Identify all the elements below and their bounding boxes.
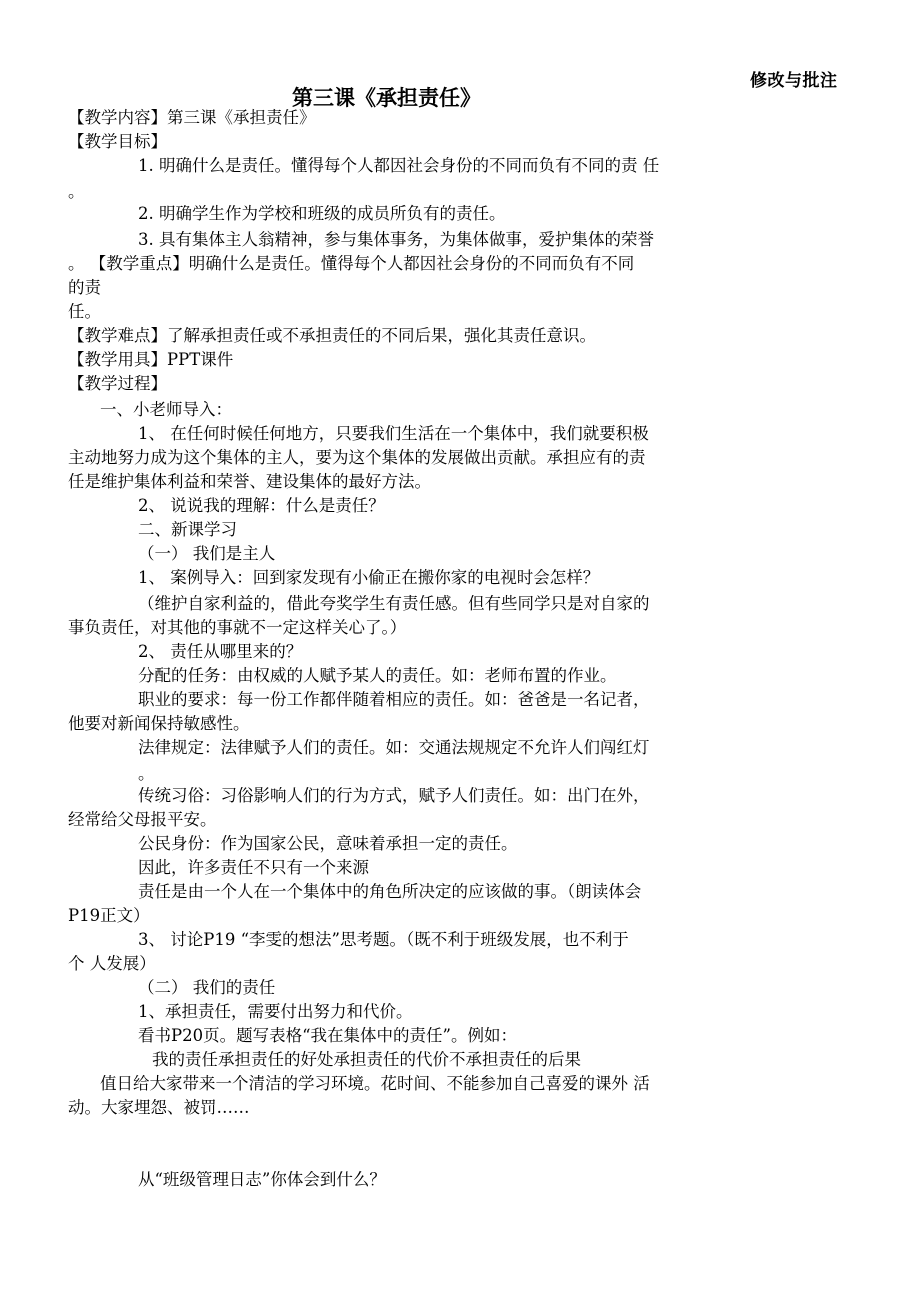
text-line: 经常给父母报平安。 xyxy=(68,808,217,832)
text-line: 任。 xyxy=(68,300,101,324)
text-line: 【教学难点】了解承担责任或不承担责任的不同后果，强化其责任意识。 xyxy=(68,324,596,348)
text-line: 我的责任承担责任的好处承担责任的代价不承担责任的后果 xyxy=(152,1048,581,1072)
text-line: 【教学过程】 xyxy=(68,372,167,396)
text-line: 因此，许多责任不只有一个来源 xyxy=(138,856,369,880)
document-title: 第三课《承担责任》 xyxy=(292,82,481,112)
text-line: 从“班级管理日志”你体会到什么？ xyxy=(138,1168,386,1192)
text-line: 法律规定：法律赋予人们的责任。如：交通法规规定不允许人们闯红灯 xyxy=(138,736,650,760)
text-line: 值日给大家带来一个清洁的学习环境。花时间、不能参加自己喜爱的课外 活 xyxy=(100,1072,650,1096)
text-line: 任是维护集体利益和荣誉、建设集体的最好方法。 xyxy=(68,470,431,494)
text-line: 分配的任务：由权威的人赋予某人的责任。如：老师布置的作业。 xyxy=(138,664,617,688)
text-line: 1. 明确什么是责任。懂得每个人都因社会身份的不同而负有不同的责 任 xyxy=(138,154,659,178)
text-line: 3、 讨论P19 “李雯的想法”思考题。（既不利于班级发展，也不利于 xyxy=(138,928,629,952)
text-line: 1、承担责任，需要付出努力和代价。 xyxy=(138,1000,413,1024)
text-line: 职业的要求：每一份工作都伴随着相应的责任。如：爸爸是一名记者， xyxy=(138,688,650,712)
text-line: 公民身份：作为国家公民，意味着承担一定的责任。 xyxy=(138,832,518,856)
text-line: 一、小老师导入： xyxy=(100,398,232,422)
text-line: 2、 责任从哪里来的？ xyxy=(138,640,302,664)
text-line: 的责 xyxy=(68,276,101,300)
text-line: 事负责任，对其他的事就不一定这样关心了。） xyxy=(68,616,406,640)
text-line: P19正文） xyxy=(68,904,150,928)
text-line: （二） 我们的责任 xyxy=(138,976,275,1000)
margin-note-label: 修改与批注 xyxy=(750,66,838,91)
text-line: 看书P20页。题写表格“我在集体中的责任”。例如： xyxy=(138,1024,517,1048)
text-line: 个 人发展） xyxy=(68,952,156,976)
text-line: 1、 案例导入：回到家发现有小偷正在搬你家的电视时会怎样？ xyxy=(138,566,599,590)
text-line: 【教学内容】第三课《承担责任》 xyxy=(68,106,316,130)
text-line: 1、 在任何时候任何地方，只要我们生活在一个集体中，我们就要积极 xyxy=(138,422,649,446)
text-line: 二、新课学习 xyxy=(138,518,237,542)
text-line: （一） 我们是主人 xyxy=(138,542,275,566)
text-line: 动。大家埋怨、被罚…… xyxy=(68,1096,250,1120)
text-line: 2、 说说我的理解：什么是责任？ xyxy=(138,494,385,518)
text-line: 3. 具有集体主人翁精神，参与集体事务，为集体做事，爱护集体的荣誉 xyxy=(138,228,654,252)
text-line: 。 xyxy=(68,180,85,204)
text-line: 【教学目标】 xyxy=(68,130,167,154)
text-line: 传统习俗：习俗影响人们的行为方式，赋予人们责任。如：出门在外， xyxy=(138,784,650,808)
text-line: （维护自家利益的，借此夸奖学生有责任感。但有些同学只是对自家的 xyxy=(138,592,650,616)
text-line: 。 xyxy=(138,762,155,786)
text-line: 2. 明确学生作为学校和班级的成员所负有的责任。 xyxy=(138,202,506,226)
text-line: 【教学用具】PPT课件 xyxy=(68,348,233,372)
text-line: 责任是由一个人在一个集体中的角色所决定的应该做的事。（朗读体会 xyxy=(138,880,641,904)
text-line: 主动地努力成为这个集体的主人，要为这个集体的发展做出贡献。承担应有的责 xyxy=(68,446,646,470)
text-line: 。 【教学重点】明确什么是责任。懂得每个人都因社会身份的不同而负有不同 xyxy=(68,252,634,276)
text-line: 他要对新闻保持敏感性。 xyxy=(68,712,250,736)
